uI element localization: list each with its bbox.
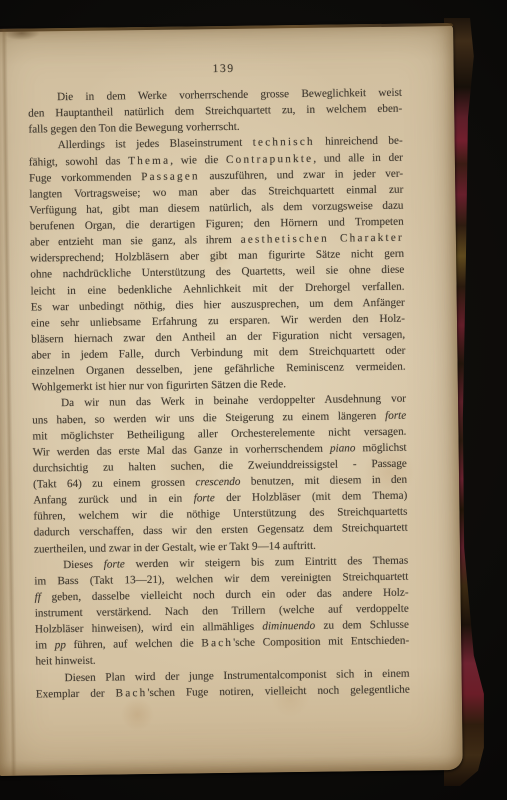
- photo-background: { "book_page": { "page_number": "139", "…: [0, 0, 507, 800]
- book-page: 139 Die in dem Werke vorherrschende gros…: [0, 23, 463, 776]
- page-number: 139: [38, 60, 410, 78]
- page-text: Die in dem Werke vorherrschende grosse B…: [28, 85, 410, 703]
